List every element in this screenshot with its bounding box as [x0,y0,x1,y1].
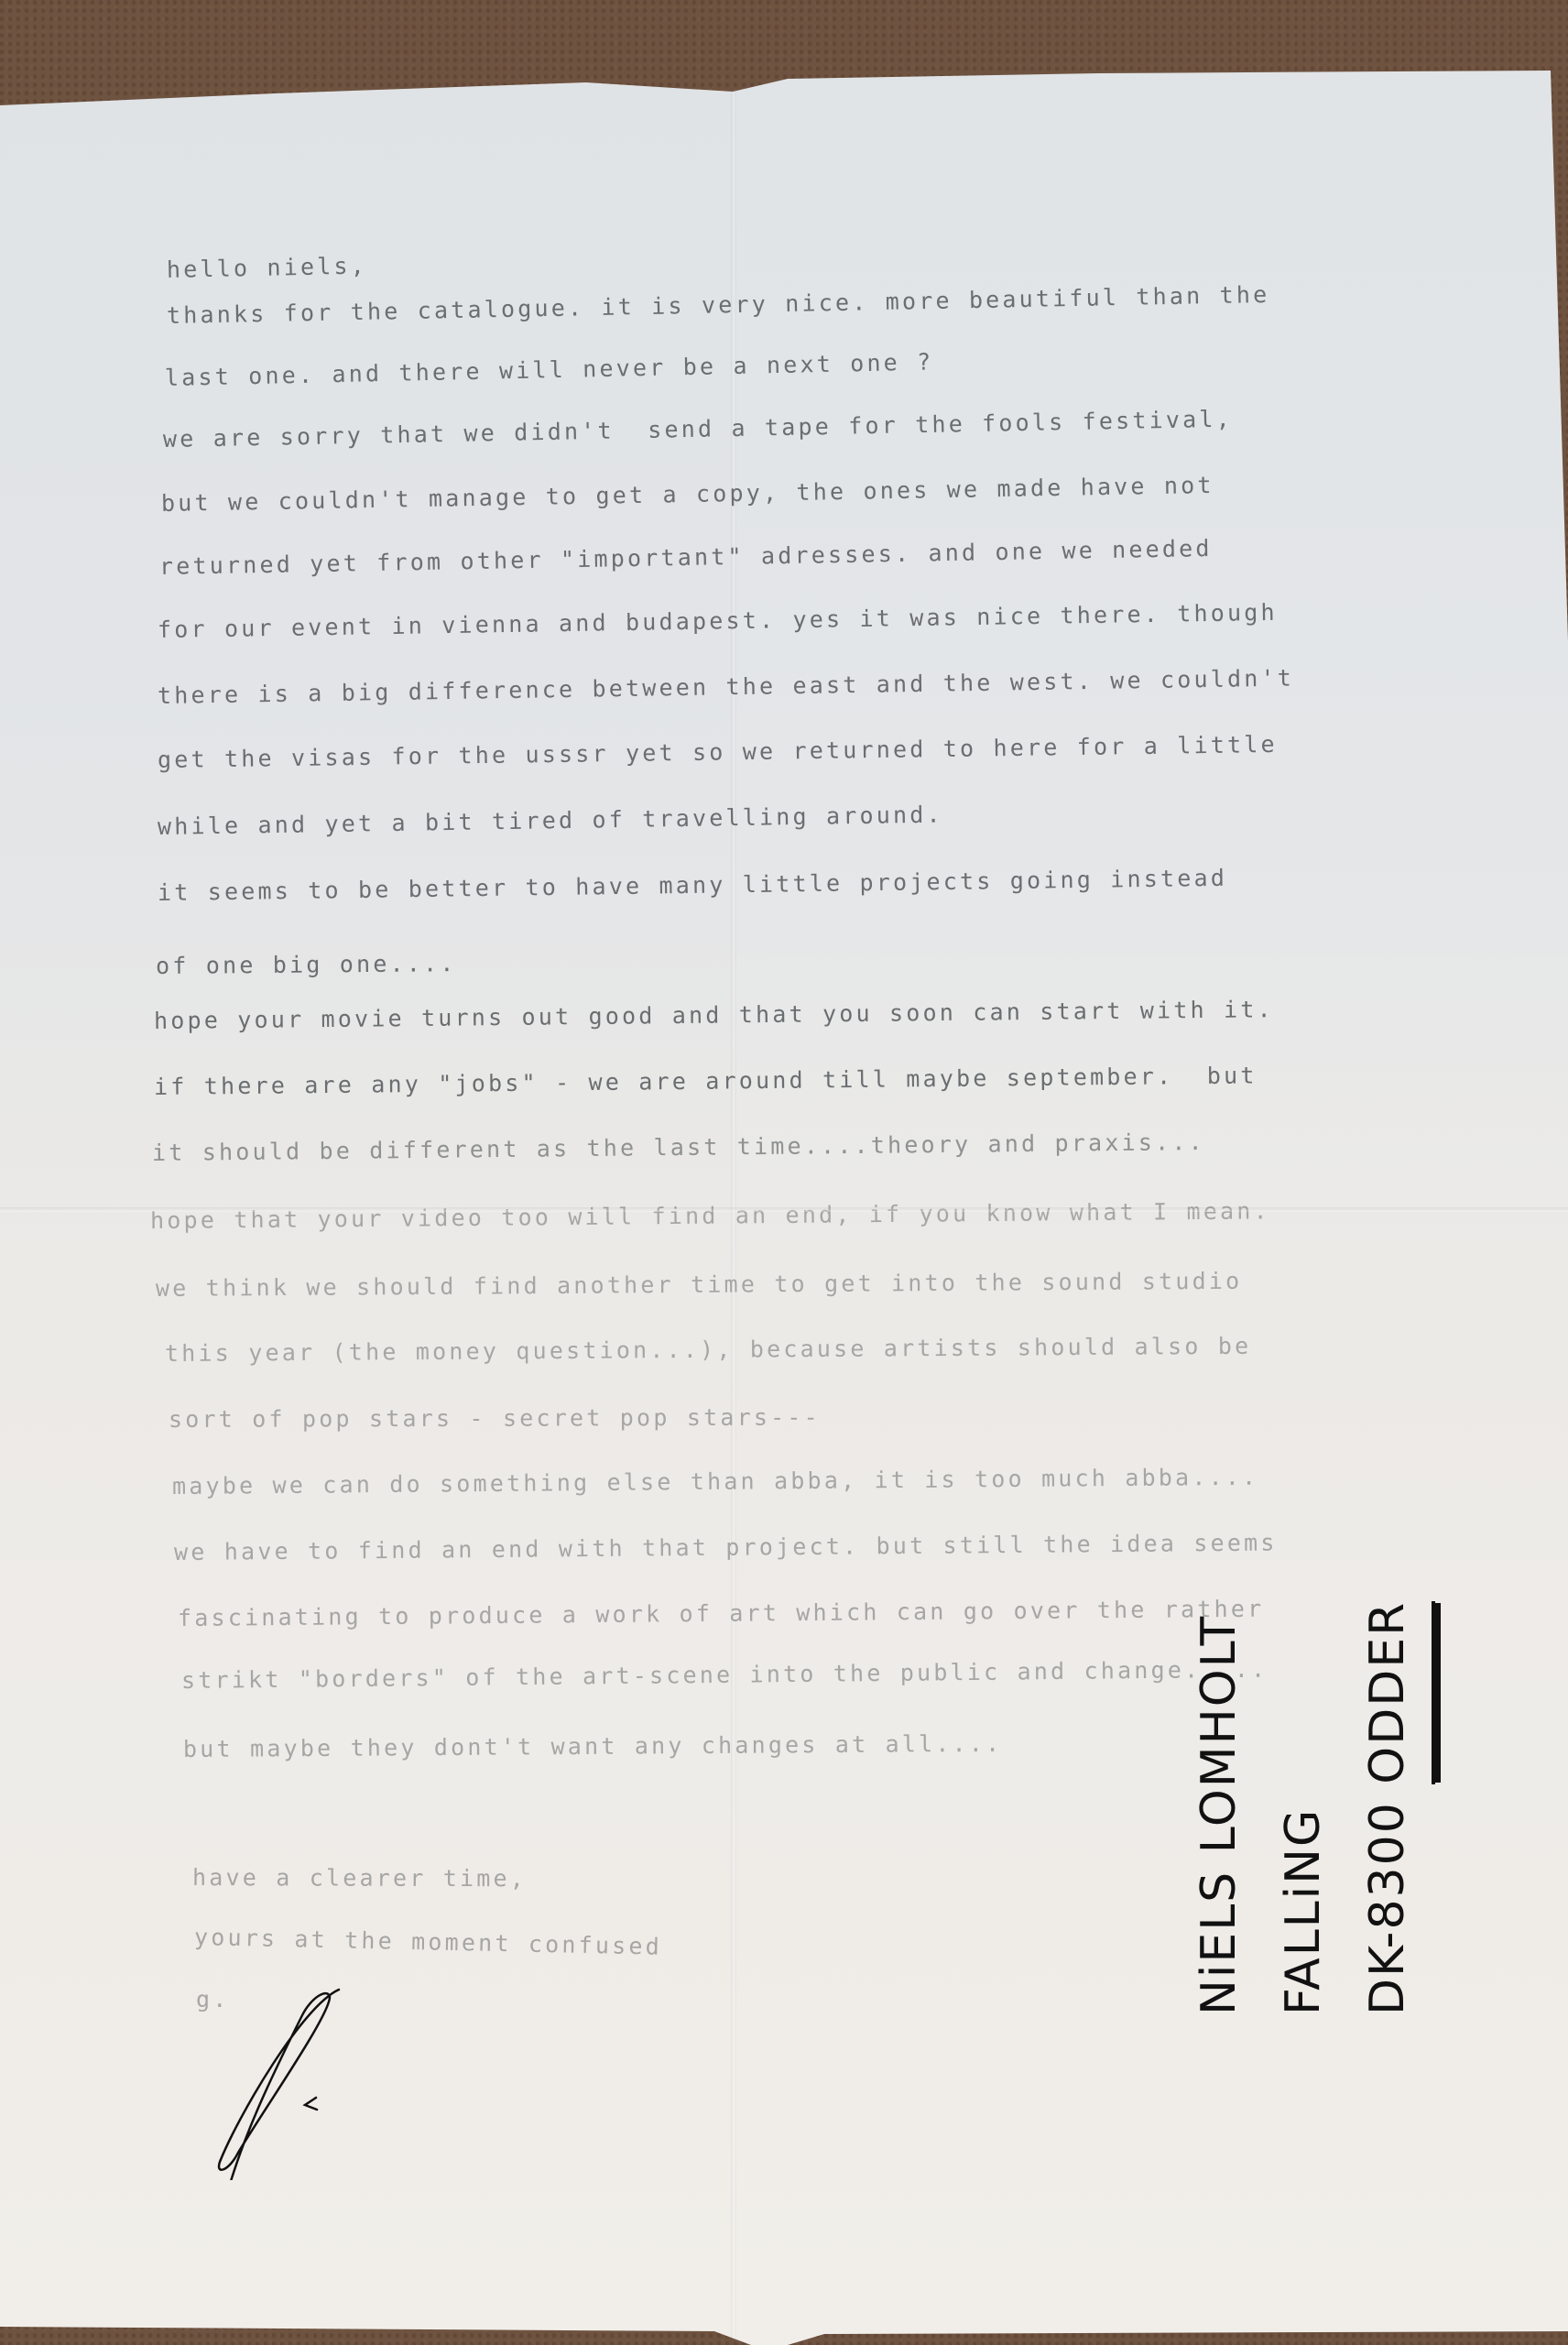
body-line: get the visas for the usssr yet so we re… [158,731,1278,773]
body-line: if there are any "jobs" - we are around … [154,1062,1258,1100]
body-line: but maybe they dont't want any changes a… [183,1730,1002,1762]
body-line: for our event in vienna and budapest. ye… [158,599,1278,643]
body-line: it should be different as the last time.… [152,1129,1205,1166]
address-town-underlined: ODDER [1345,1601,1435,1784]
body-line: fascinating to produce a work of art whi… [178,1596,1265,1631]
body-line: strikt "borders" of the art-scene into t… [181,1656,1269,1694]
address-postcode: DK-8300 [1360,1784,1415,2015]
body-line: this year (the money question...), becau… [165,1333,1252,1367]
body-line: it seems to be better to have many littl… [158,865,1227,906]
body-line: we are sorry that we didn't send a tape … [163,406,1233,453]
address-city: DK-8300 ODDER [1345,1601,1435,2015]
signature-icon [201,1979,366,2180]
closing-line: have a clearer time, [192,1864,527,1892]
address-street: FALLiNG [1261,1601,1345,2015]
body-line: maybe we can do something else than abba… [172,1464,1259,1500]
body-line: but we couldn't manage to get a copy, th… [161,472,1214,517]
body-line: we think we should find another time to … [156,1268,1243,1302]
body-line: hope your movie turns out good and that … [154,996,1274,1034]
body-line: sort of pop stars - secret pop stars--- [169,1404,821,1433]
body-line: thanks for the catalogue. it is very nic… [167,281,1270,329]
greeting: hello niels, [167,252,368,283]
body-line: returned yet from other "important" adre… [159,535,1213,580]
body-line: hope that your video too will find an en… [150,1197,1270,1234]
handwritten-address: NiELS LOMHOLT FALLiNG DK-8300 ODDER [1177,1601,1435,2015]
closing-line: yours at the moment confused [194,1924,663,1960]
address-name: NiELS LOMHOLT [1177,1601,1261,2015]
body-line: we have to find an end with that project… [174,1529,1278,1565]
body-line: of one big one.... [156,950,457,979]
body-line: last one. and there will never be a next… [165,348,934,391]
letter-paper: hello niels, thanks for the catalogue. i… [0,0,1568,2345]
body-line: while and yet a bit tired of travelling … [158,802,943,840]
body-line: there is a big difference between the ea… [158,665,1294,709]
